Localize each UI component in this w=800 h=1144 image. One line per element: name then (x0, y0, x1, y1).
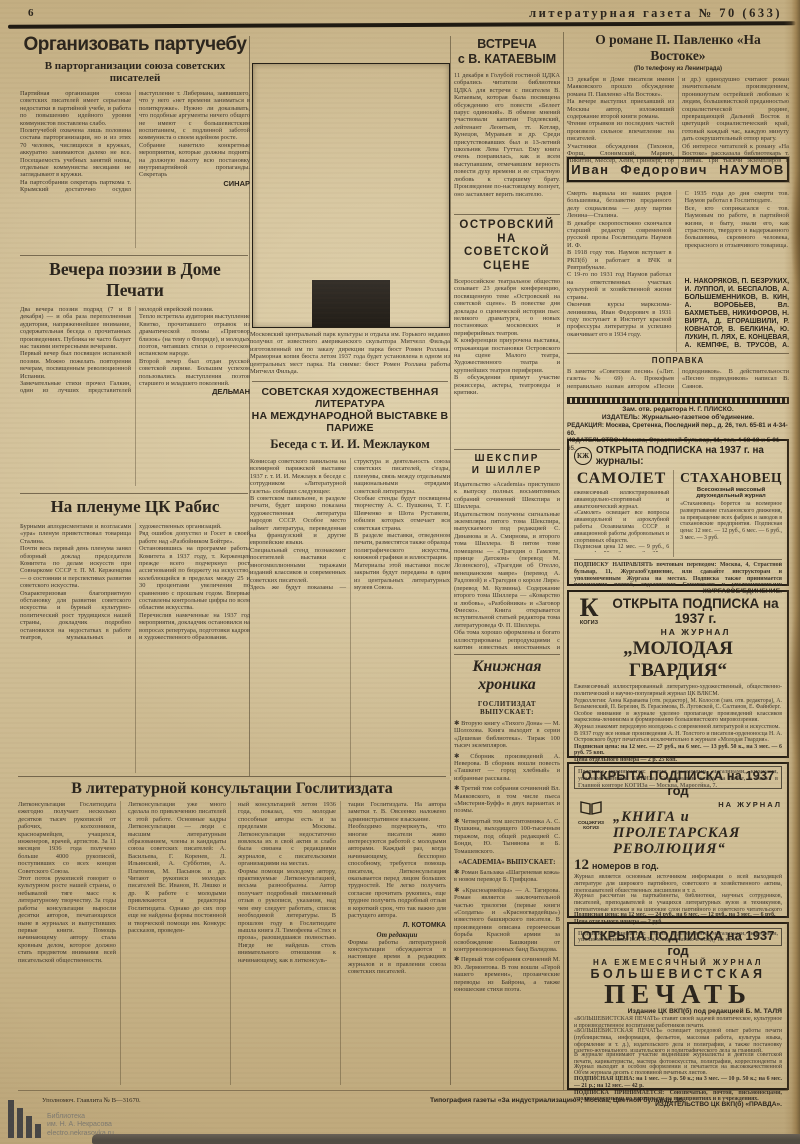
scanner-bed-strip (92, 1134, 800, 1144)
page-number: 6 (28, 7, 34, 19)
ad-molodaya-header: ОТКРЫТА ПОДПИСКА на 1937 г. (609, 596, 782, 626)
ad-molodaya-p1: Особое внимание в журнале уделено пропаг… (574, 711, 782, 724)
ad-kniga-title: „КНИГА и ПРОЛЕТАРСКАЯ РЕВОЛЮЦИЯ“ (613, 809, 782, 857)
ad-kniga-issues-text: номеров в год. (592, 861, 659, 871)
column-rule (563, 32, 564, 1090)
ad-journals-1937: КЖ ОТКРЫТА ПОДПИСКА на 1937 г. на журнал… (567, 439, 789, 586)
obituary-column-1: Смерть вырвала из наших рядов большевика… (567, 190, 677, 352)
ad-bolshevistskaya-pechat: ОТКРЫТА ПОДПИСКА на 1937 год НА ЕЖЕМЕСЯЧ… (567, 922, 789, 1090)
article-ostrovsky-body: Всероссийское театральное общество созыв… (454, 278, 560, 456)
article-plenum-body: Бурными аплодисментами и возгласами «ура… (20, 523, 250, 642)
ad-pechat-header: ОТКРЫТА ПОДПИСКА на 1937 год (574, 928, 782, 958)
obituary-signatories: Н. НАКОРЯКОВ, П. БЕЗРУКИХ, И. ЛУППОЛ, И.… (685, 278, 790, 350)
ad-molodaya-on-journal: НА ЖУРНАЛ (609, 627, 782, 637)
header-rule (8, 21, 796, 28)
ad-pechat-title-line2: ПЕЧАТЬ (574, 981, 782, 1008)
ad-pechat-p3: В журнале принимают участие виднейшие жу… (574, 1052, 782, 1064)
section-rule (18, 776, 446, 777)
article-paris-title: СОВЕТСКАЯ ХУДОЖЕСТВЕННАЯ ЛИТЕРАТУРА НА М… (250, 386, 450, 434)
ad-kniga-revolyutsiya: ОТКРЫТА ПОДПИСКА на 1937 год СОЦЭКГИЗ КО… (567, 762, 789, 918)
ad-divider (574, 559, 782, 560)
article-shakespeare-body: Издательство «Academia» приступило к вып… (454, 481, 560, 649)
obituary-title: Иван Федорович НАУМОВ (569, 162, 787, 177)
article-shakespeare-title: ШЕКСПИР И ШИЛЛЕР (454, 453, 560, 477)
article-shakespeare: ШЕКСПИР И ШИЛЛЕР Издательство «Academia»… (454, 453, 560, 649)
imprint-editor: Зам. отв. редактора Н. Г. ПЛИСКО. (567, 406, 789, 414)
section-rule (454, 449, 560, 450)
article-paris: СОВЕТСКАЯ ХУДОЖЕСТВЕННАЯ ЛИТЕРАТУРА НА М… (250, 386, 450, 788)
article-plenum-title: На пленуме ЦК Рабис (20, 497, 250, 517)
editors-note-title: От редакции (348, 931, 446, 939)
article-poetry: Вечера поэзии в Доме Печати Два вечера п… (20, 259, 250, 486)
consultation-column-2: Литконсультация уже много сделала по при… (128, 801, 231, 1085)
imprint-publisher: ИЗДАТЕЛЬ: Журнально-газетное об'единение… (567, 414, 789, 422)
article-ostrovsky: ОСТРОВСКИЙ НА СОВЕТСКОЙ СЦЕНЕ Всероссийс… (454, 219, 560, 456)
article-pavlenko: О романе П. Павленко «На Востоке» (По те… (567, 32, 789, 168)
chronicle-item: ✱ «Красноармейцы» — А. Тагирова. Роман я… (454, 887, 560, 954)
column-rule (450, 36, 451, 776)
photo-caption: Московский центральный парк культуры и о… (250, 331, 450, 375)
book-chronicle-title: Книжная хроника (454, 658, 560, 694)
ad-stakhanovets-title: СТАХАНОВЕЦ (680, 470, 782, 486)
article-poetry-signature: ДЕЛЬМАН (139, 387, 250, 396)
article-partucheba: Организовать партучебу В парторганизации… (20, 34, 250, 248)
correction-title: ПОПРАВКА (567, 356, 789, 365)
section-rule (567, 353, 789, 354)
chronicle-item: ✱ Сборник произведений А. Неверова. В сб… (454, 753, 560, 783)
consultation-column-1: Литконсультация Гослитиздата ежегодно по… (18, 801, 121, 1085)
consultation-column-4: тации Гослитиздата. На автора заметки т.… (348, 801, 446, 920)
article-partucheba-title: Организовать партучебу (20, 34, 250, 56)
column-rule (450, 780, 451, 1085)
book-chronicle: Книжная хроника ГОСЛИТИЗДАТ ВЫПУСКАЕТ: ✱… (454, 658, 560, 1080)
library-stamp-line-2: им. Н. А. Некрасова (47, 1121, 114, 1130)
ad-molodaya-board: Редколлегия: Анна Караваева (отв. редакт… (574, 698, 782, 711)
ad-molodaya-p2: Журнал знакомит передовую молодежь с сов… (574, 724, 782, 731)
ad-journals-footer: ПОДПИСКУ НАПРАВЛЯТЬ почтовым переводом: … (574, 562, 782, 588)
ad-molodaya-price: Подписная цена: на 12 мес. — 27 руб., на… (574, 744, 782, 764)
ad-molodaya-description: Ежемесячный иллюстрированный литературно… (574, 684, 782, 698)
ad-kniga-issues-number: 12 (574, 857, 589, 874)
correction-body: В заметке «Советские песни» («Лит. газет… (567, 368, 789, 390)
footer-rule (18, 1090, 788, 1091)
ad-kniga-p1: Журнал является основным источником инфо… (574, 874, 782, 892)
ad-pechat-p1: «БОЛЬШЕВИСТСКАЯ ПЕЧАТЬ» ставит своей зад… (574, 1016, 782, 1028)
consultation-signature: Л. КОТОМКА (348, 922, 446, 929)
article-poetry-title: Вечера поэзии в Доме Печати (20, 259, 250, 301)
ad-kniga-on-journal: НА ЖУРНАЛ (613, 800, 782, 809)
obituary-body: Смерть вырвала из наших рядов большевика… (567, 190, 789, 352)
correction-notice: ПОПРАВКА В заметке «Советские песни» («Л… (567, 356, 789, 396)
ad-molodaya-gvardiya: К КОГИЗ ОТКРЫТА ПОДПИСКА на 1937 г. НА Ж… (567, 590, 789, 758)
chronicle-item: ✱ Вторую книгу «Тихого Дона» — М. Шолохо… (454, 720, 560, 750)
ad-pechat-p2: «БОЛЬШЕВИСТСКАЯ ПЕЧАТЬ» освещает передов… (574, 1028, 782, 1052)
chronicle-item: ✱ Первый том собрания сочинений М. Ю. Ле… (454, 956, 560, 993)
article-paris-subtitle: Беседа с т. И. И. Межлауком (250, 437, 450, 452)
sotsekgiz-logo-caption-2: КОГИЗ (574, 826, 608, 831)
ad-pechat-edition: Издание ЦК ВКП(б) под редакцией Б. М. ТА… (574, 1008, 782, 1015)
obituary-title-box: Иван Федорович НАУМОВ (567, 157, 789, 182)
imprint-editorial-address: РЕДАКЦИЯ: Москва, Сретенка, Последний пе… (567, 422, 789, 437)
article-poetry-body: Два вечера поэзии подряд (7 и 8 декабря)… (20, 306, 250, 396)
ad-samolet-title: САМОЛЕТ (574, 470, 669, 488)
zhurgaz-logo-icon: КЖ (574, 447, 592, 465)
bust-photo (252, 63, 450, 328)
ad-kniga-header: ОТКРЫТА ПОДПИСКА на 1937 год (574, 768, 782, 798)
chronicle-item: ✱ Четвертый том шеститомника А. С. Пушки… (454, 818, 560, 855)
book-chronicle-publisher-2: «ACADEMIA» ВЫПУСКАЕТ: (454, 858, 560, 866)
ad-stakhanovets-text: «Стахановец» борется за всемерное развер… (680, 501, 782, 557)
kogiz-logo-icon: К (574, 596, 604, 620)
newspaper-page: 6 литературная газета № 70 (633) Организ… (0, 0, 800, 1144)
book-chronicle-publisher: ГОСЛИТИЗДАТ ВЫПУСКАЕТ: (454, 700, 560, 716)
section-rule (20, 493, 248, 494)
divider-hatched (567, 397, 789, 404)
library-stamp: Библиотека им. Н. А. Некрасова electro.n… (8, 1100, 114, 1138)
article-pavlenko-body: 13 декабря в Доме писателя имени Маяковс… (567, 76, 789, 168)
kogiz-logo-caption: КОГИЗ (574, 620, 604, 626)
open-book-icon (580, 800, 602, 816)
chronicle-item: ✱ Третий том собрания сочинений Вл. Маяк… (454, 785, 560, 815)
library-stamp-bars-icon (8, 1100, 41, 1138)
article-pavlenko-byline: (По телефону из Ленинграда) (567, 66, 789, 72)
article-pavlenko-title: О романе П. Павленко «На Востоке» (567, 32, 789, 64)
obituary-column-2: С 1935 года до дня смерти тов. Наумов ра… (685, 190, 790, 278)
article-plenum: На пленуме ЦК Рабис Бурными аплодисмента… (20, 497, 250, 773)
ad-molodaya-title: „МОЛОДАЯ ГВАРДИЯ“ (574, 638, 782, 682)
ad-journals-header: ОТКРЫТА ПОДПИСКА на 1937 г. на журналы: (596, 445, 782, 467)
chronicle-item: ✱ Роман Бальзака «Шагреневая кожа» в нов… (454, 869, 560, 884)
section-rule (454, 654, 560, 655)
section-rule (252, 381, 448, 382)
ad-samolet-text: ежемесячный иллюстрированный авиамодельн… (574, 490, 669, 552)
ad-pechat-price: ПОДПИСНАЯ ЦЕНА: на 1 мес. — 3 р. 50 к.; … (574, 1076, 782, 1090)
editors-note-text: Формы работы литературной консультации о… (348, 939, 446, 976)
library-stamp-line-1: Библиотека (47, 1113, 114, 1122)
section-rule (20, 255, 248, 256)
article-partucheba-subtitle: В парторганизации союза советских писате… (20, 60, 250, 84)
ad-pechat-subheader: НА ЕЖЕМЕСЯЧНЫЙ ЖУРНАЛ (574, 958, 782, 967)
ad-kniga-p2: Журнал рассчитан на парткабинеты, библио… (574, 893, 782, 911)
section-rule (454, 214, 560, 215)
article-ostrovsky-title: ОСТРОВСКИЙ НА СОВЕТСКОЙ СЦЕНЕ (454, 219, 560, 273)
bust-pedestal (312, 280, 390, 327)
article-kataev-title: ВСТРЕЧА с В. КАТАЕВЫМ (454, 37, 560, 67)
article-consultation-title: В литературной консультации Гослитиздата (18, 780, 446, 798)
article-consultation-body: Литконсультация Гослитиздата ежегодно по… (18, 801, 446, 1085)
article-kataev-body: 11 декабря в Голубой гостиной ЦДКА собра… (454, 72, 560, 209)
article-kataev: ВСТРЕЧА с В. КАТАЕВЫМ 11 декабря в Голуб… (454, 37, 560, 209)
article-paris-body: Комиссар советского павильона на всемирн… (250, 458, 450, 591)
consultation-column-3: ный консультацией летом 1936 года, показ… (238, 801, 341, 1085)
article-partucheba-signature: СИНАР (139, 179, 250, 188)
ad-stakhanovets-subtitle: Всесоюзный массовый двухнедельный журнал (680, 487, 782, 499)
printer-line: Типография газеты «За индустриализацию»,… (430, 1097, 685, 1104)
ad-molodaya-p3: В 1937 году все новые произведения А. Н.… (574, 731, 782, 744)
newspaper-masthead: литературная газета № 70 (633) (529, 6, 782, 21)
